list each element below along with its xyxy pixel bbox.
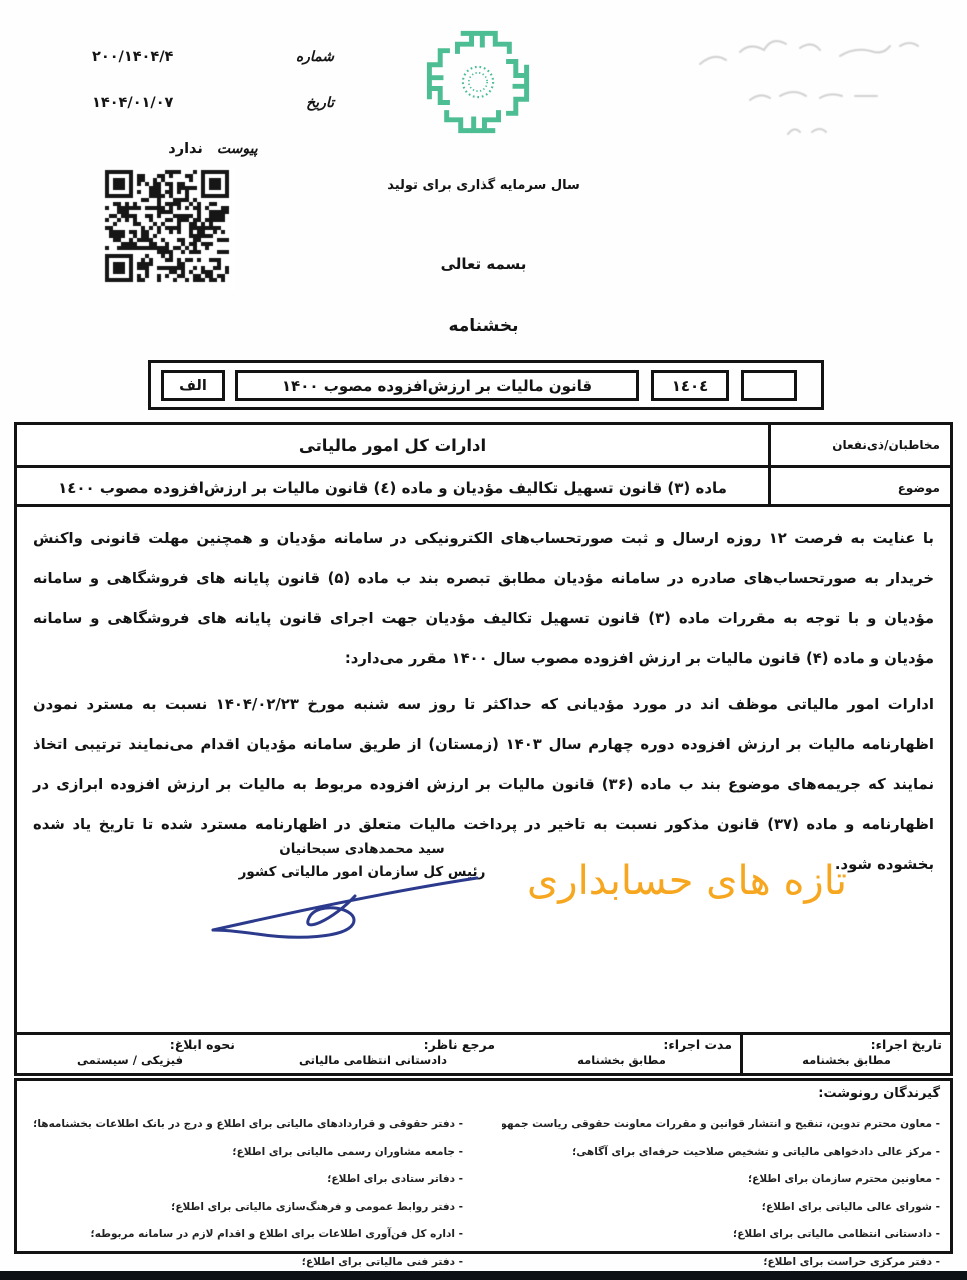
basmala-text: بسمه تعالی [0, 255, 967, 273]
number-value: ۲۰۰/۱۴۰۴/۴ [92, 49, 173, 65]
date-value: ۱۴۰۴/۰۱/۰۷ [92, 95, 173, 111]
recipient-item: - دفتر حقوقی و قراردادهای مالیاتی برای ا… [25, 1111, 463, 1139]
notification-method-cell: نحوه ابلاغ: فیزیکی / سیستمی [17, 1035, 243, 1073]
recipient-item: - مرکز عالی دادخواهی مالیاتی و تشخیص صلا… [502, 1139, 940, 1167]
site-watermark: تازه های حسابداری [512, 846, 862, 916]
execution-duration-label: مدت اجراء: [511, 1037, 732, 1052]
classification-row: الف قانون مالیات بر ارزش‌افزوده مصوب ۱۴۰… [148, 360, 824, 410]
recipient-item: - جامعه مشاوران رسمی مالیاتی برای اطلاع؛ [25, 1139, 463, 1167]
execution-date-value: مطابق بخشنامه [751, 1053, 942, 1067]
recipient-item: - اداره کل فن‌آوری اطلاعات برای اطلاع و … [25, 1221, 463, 1249]
audience-label: مخاطبان/ذی‌نفعان [768, 425, 950, 465]
audience-value: ادارات کل امور مالیاتی [17, 425, 768, 465]
attachment-label: پیوست [217, 141, 258, 157]
document-date-row: تاریخ ۱۴۰۴/۰۱/۰۷ [92, 80, 334, 126]
letterhead-slogan: سال سرمایه گذاری برای تولید [0, 178, 967, 193]
recipient-item: - معاون محترم تدوین، تنقیح و انتشار قوان… [502, 1111, 940, 1139]
document-type-title: بخشنامه [0, 316, 967, 336]
audience-row: مخاطبان/ذی‌نفعان ادارات کل امور مالیاتی [17, 425, 950, 465]
execution-date-cell: تاریخ اجراء: مطابق بخشنامه [740, 1035, 950, 1073]
recipient-item: - دفاتر ستادی برای اطلاع؛ [25, 1166, 463, 1194]
recipient-item: - معاونین محترم سازمان برای اطلاع؛ [502, 1166, 940, 1194]
subject-label: موضوع [768, 468, 950, 507]
classification-letter-box: الف [161, 370, 225, 401]
notification-method-label: نحوه ابلاغ: [25, 1037, 235, 1052]
classification-empty-box [741, 370, 797, 401]
info-table: مخاطبان/ذی‌نفعان ادارات کل امور مالیاتی … [14, 422, 953, 510]
copy-recipients-heading: گیرندگان رونوشت: [818, 1086, 940, 1101]
execution-duration-cell: مدت اجراء: مطابق بخشنامه [503, 1035, 740, 1073]
number-label: شماره [296, 49, 334, 65]
classification-law-title-box: قانون مالیات بر ارزش‌افزوده مصوب ۱۴۰۰ [235, 370, 639, 401]
subject-value: ماده (۳) قانون تسهیل تکالیف مؤدیان و ماد… [17, 468, 768, 507]
circular-document-page: شماره ۲۰۰/۱۴۰۴/۴ تاریخ ۱۴۰۴/۰۱/۰۷ پیوست … [0, 0, 967, 1280]
execution-date-label: تاریخ اجراء: [751, 1037, 942, 1052]
document-number-row: شماره ۲۰۰/۱۴۰۴/۴ [92, 34, 334, 80]
classification-year-box: ١٤٠٤ [651, 370, 729, 401]
circular-body: با عنایت به فرصت ۱۲ روزه ارسال و ثبت صور… [14, 504, 953, 1035]
signature-ink [205, 868, 505, 943]
scan-edge-bar [0, 1271, 967, 1280]
attachment-row: پیوست ندارد [92, 126, 334, 172]
signatory-name: سید محمدهادی سبحانیان [232, 838, 492, 861]
recipients-left-column: - دفتر حقوقی و قراردادهای مالیاتی برای ا… [25, 1111, 463, 1276]
notification-method-value: فیزیکی / سیستمی [25, 1053, 235, 1067]
supervising-authority-label: مرجع ناظر: [251, 1037, 495, 1052]
recipient-item: - دادستانی انتظامی مالیاتی برای اطلاع؛ [502, 1221, 940, 1249]
supervising-authority-value: دادستانی انتظامی مالیاتی [251, 1053, 495, 1067]
date-label: تاریخ [306, 95, 334, 111]
supervising-authority-cell: مرجع ناظر: دادستانی انتظامی مالیاتی [243, 1035, 503, 1073]
recipient-item: - شورای عالی مالیاتی برای اطلاع؛ [502, 1194, 940, 1222]
faint-letterhead-script [670, 22, 950, 152]
recipient-item: - دفتر روابط عمومی و فرهنگ‌سازی مالیاتی … [25, 1194, 463, 1222]
execution-duration-value: مطابق بخشنامه [511, 1053, 732, 1067]
body-paragraph-1: با عنایت به فرصت ۱۲ روزه ارسال و ثبت صور… [33, 519, 934, 679]
tax-administration-logo-icon [424, 26, 532, 138]
attachment-value: ندارد [168, 141, 203, 157]
recipients-right-column: - معاون محترم تدوین، تنقیح و انتشار قوان… [502, 1111, 940, 1276]
subject-row: موضوع ماده (۳) قانون تسهیل تکالیف مؤدیان… [17, 465, 950, 507]
execution-table: تاریخ اجراء: مطابق بخشنامه مدت اجراء: مط… [14, 1032, 953, 1076]
copy-recipients-box: گیرندگان رونوشت: - معاون محترم تدوین، تن… [14, 1078, 953, 1254]
document-meta-block: شماره ۲۰۰/۱۴۰۴/۴ تاریخ ۱۴۰۴/۰۱/۰۷ پیوست … [92, 34, 334, 172]
